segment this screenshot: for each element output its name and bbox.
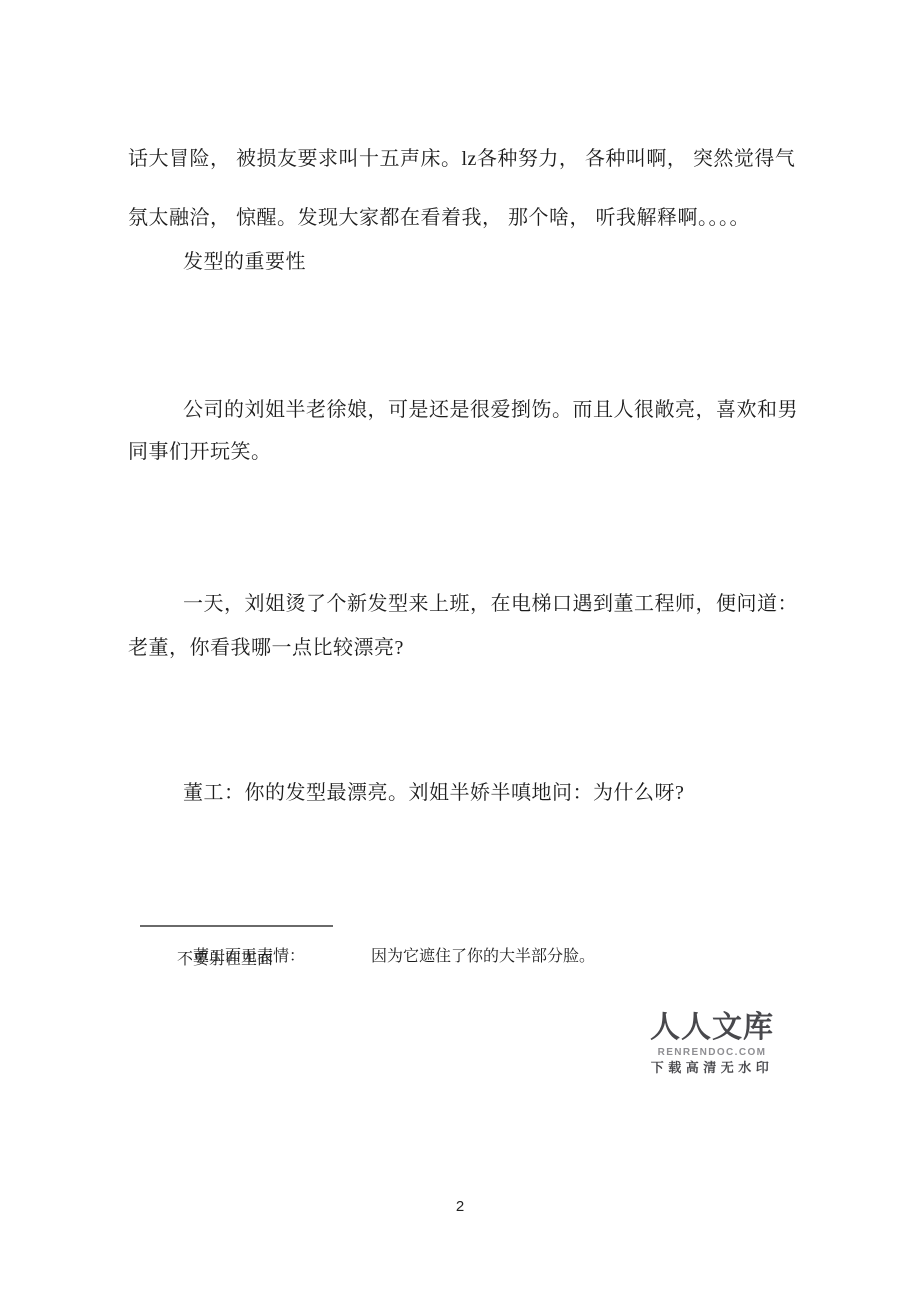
paragraph1-line1: 话大冒险， 被损友要求叫十五声床。lz各种努力， 各种叫啊， 突然觉得气 [128, 148, 795, 171]
footnote-line1-text: 因为它遮住了你的大半部分脸。 [371, 948, 595, 965]
watermark-logo: 人人文库 [630, 1010, 794, 1046]
footnote-separator-line [140, 925, 333, 927]
paragraph2-line2: 同事们开玩笑。 [128, 441, 272, 464]
footnote-line2: 不要射在里面 [177, 950, 273, 969]
paragraph4-line1: 董工：你的发型最漂亮。刘姐半娇半嗔地问：为什么呀? [183, 782, 684, 805]
watermark: 人人文库 RENRENDOC.COM 下载高清无水印 [630, 1010, 794, 1077]
page-number: 2 [0, 1198, 920, 1215]
paragraph3-line1: 一天，刘姐烫了个新发型来上班，在电梯口遇到董工程师，便问道： [183, 593, 798, 616]
paragraph3-line2: 老董，你看我哪一点比较漂亮? [128, 637, 404, 660]
paragraph2-line1: 公司的刘姐半老徐娘，可是还是很爱捯饬。而且人很敞亮，喜欢和男 [183, 399, 798, 422]
watermark-domain: RENRENDOC.COM [630, 1046, 794, 1059]
document-page: 话大冒险， 被损友要求叫十五声床。lz各种努力， 各种叫啊， 突然觉得气 氛太融… [0, 0, 920, 1303]
section-heading: 发型的重要性 [183, 251, 306, 274]
paragraph1-line2: 氛太融洽， 惊醒。发现大家都在看着我， 那个啥， 听我解释啊。。。。 [128, 207, 750, 230]
watermark-tagline: 下载高清无水印 [630, 1060, 794, 1077]
